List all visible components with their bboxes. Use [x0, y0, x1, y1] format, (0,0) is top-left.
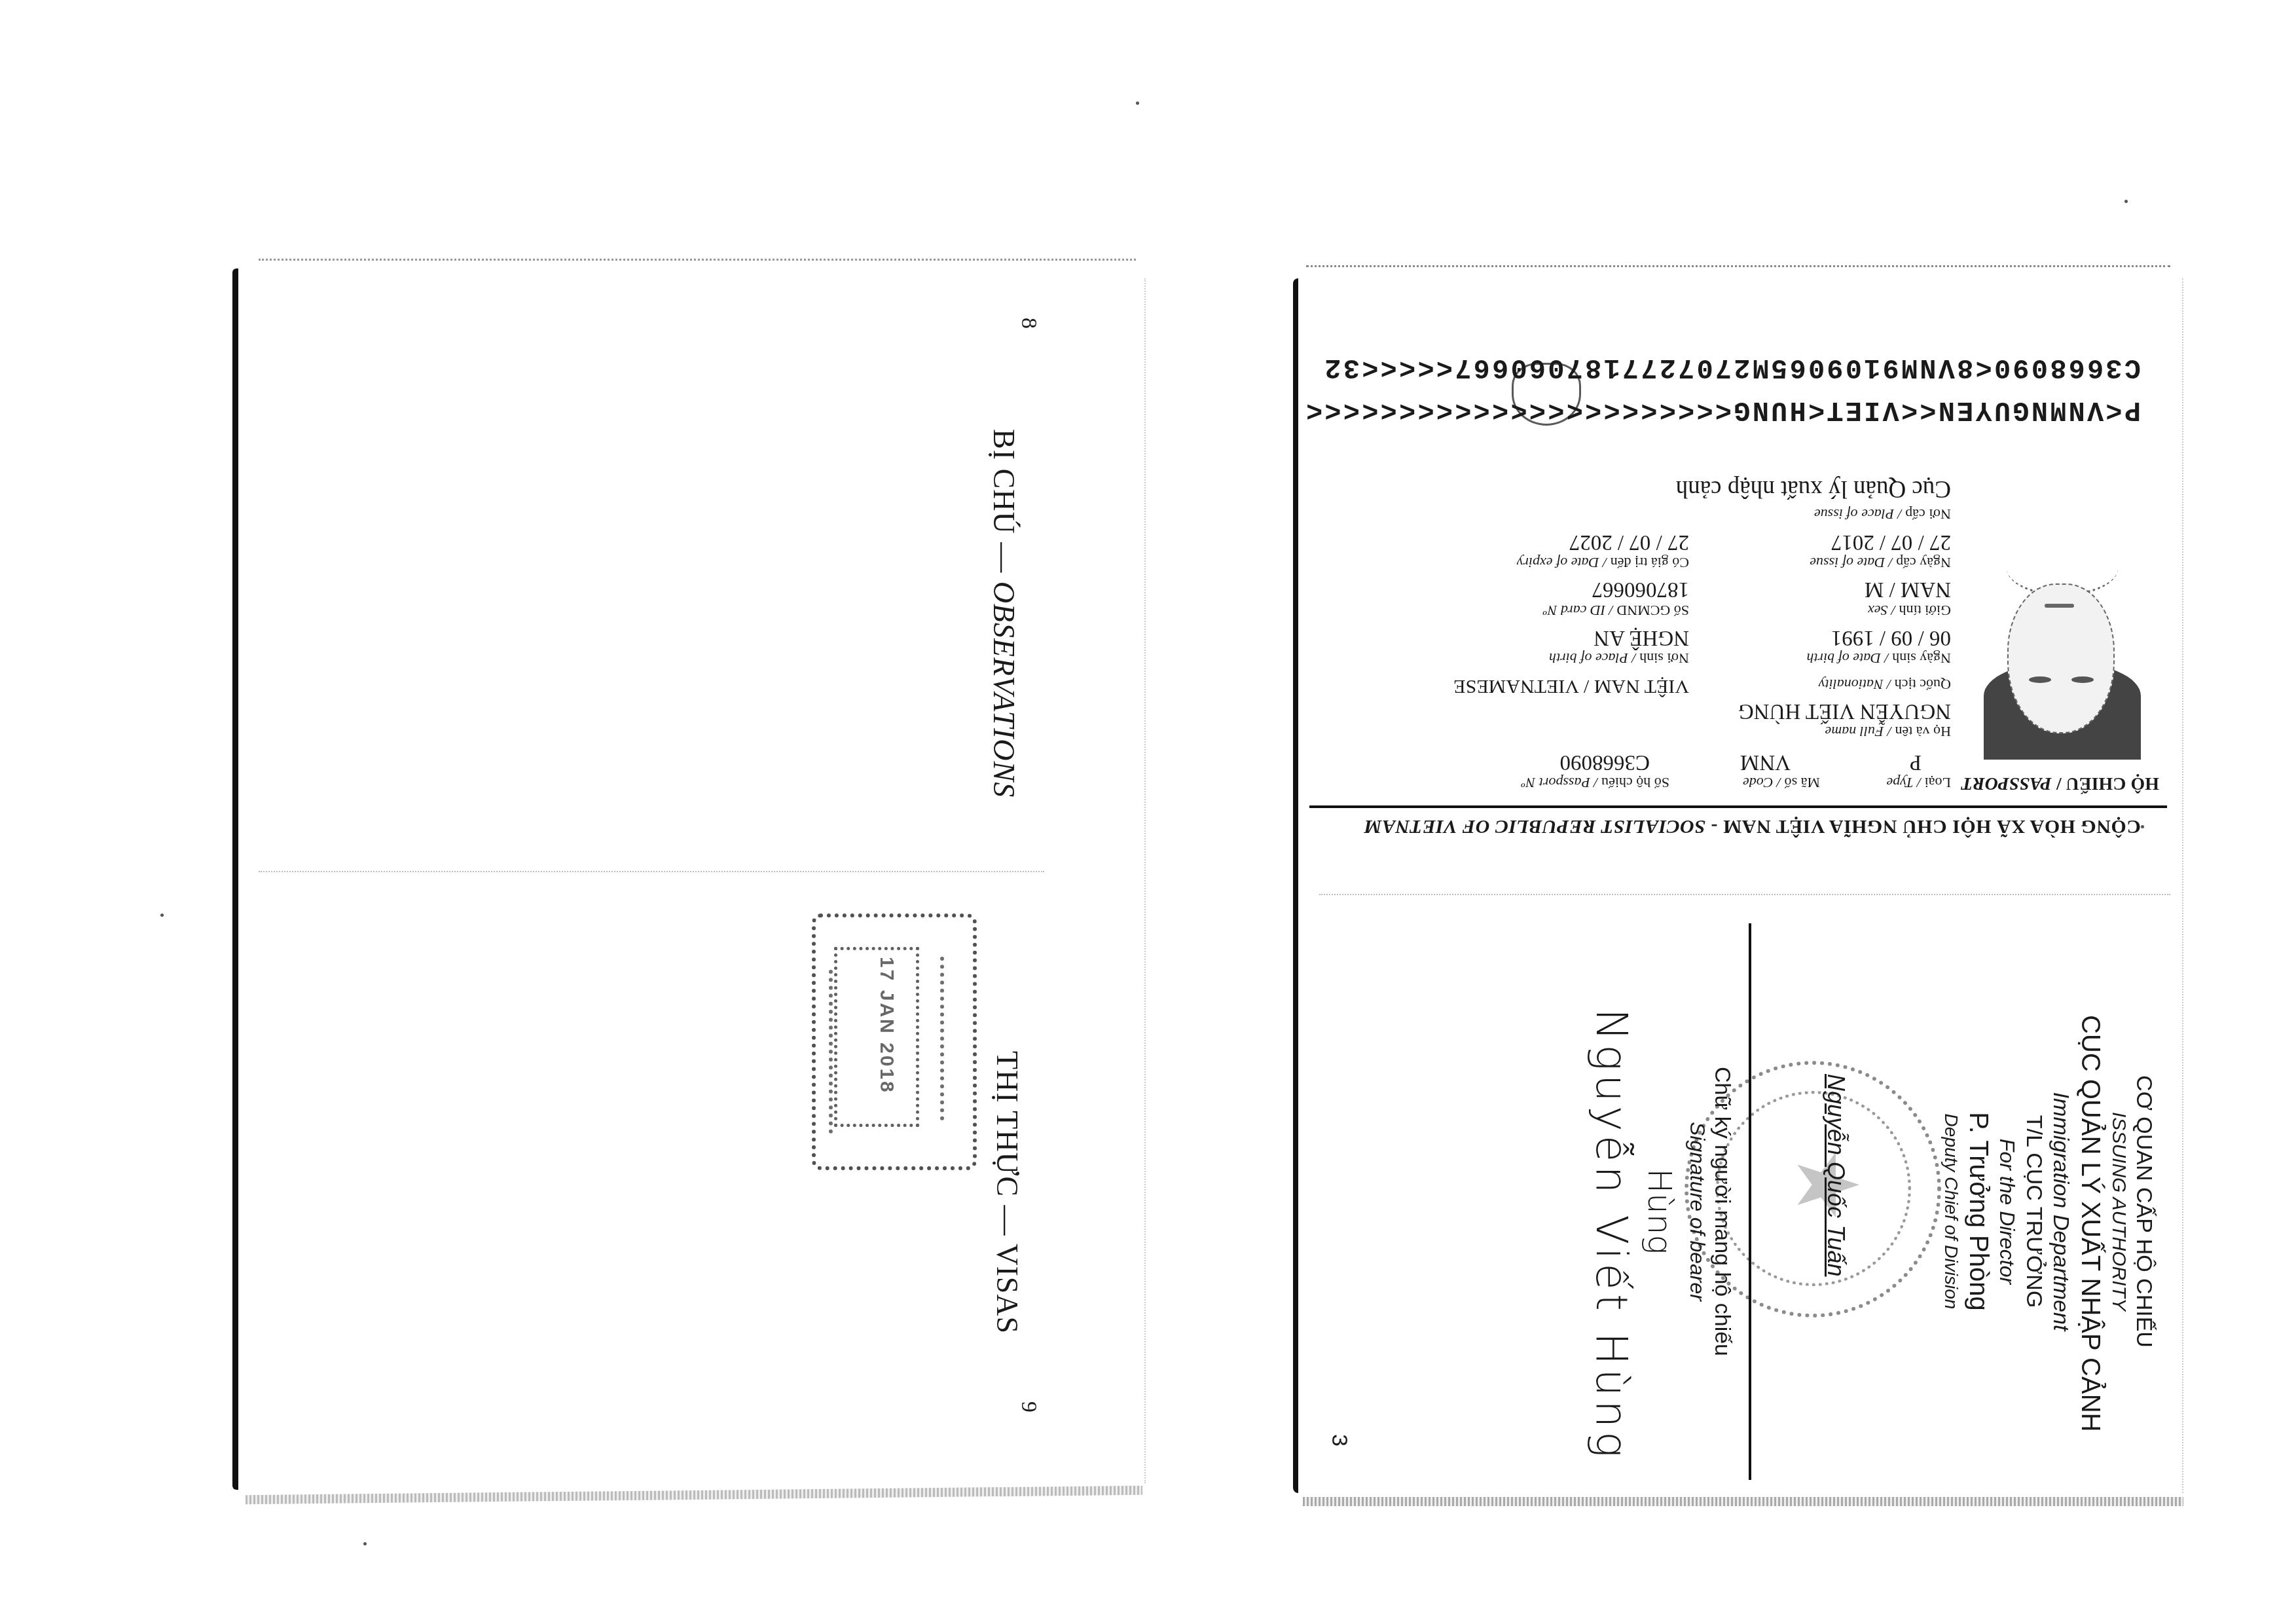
label-sex: Giới tính / Sex: [1868, 602, 1951, 619]
photo-eye: [2029, 676, 2051, 683]
scan-speck: [363, 1542, 367, 1545]
label-date-of-expiry: Có giá trị đến / Date of expiry: [1517, 554, 1689, 571]
visa-entry-stamp: 17 JAN 2018: [812, 913, 977, 1170]
stamp-dotted-column: [829, 970, 859, 1134]
page-top-edge: [259, 259, 1136, 263]
page-right-edge: [2181, 278, 2183, 1493]
label-type: Loại / Type: [1886, 774, 1951, 791]
mrz-line-1: P<VNMNGUYEN<<VIET<HUNG<<<<<<<<<<<<<<<<<<…: [1304, 394, 2141, 426]
visas-title: THỊ THỰC — VISAS: [990, 1051, 1025, 1334]
deputy-chief-en: Deputy Chief of Division: [1940, 1015, 1962, 1408]
label-full-name: Họ và tên / Full name: [1825, 723, 1951, 740]
title-dash: —: [991, 1206, 1024, 1236]
passport-data-page: CỘNG HÒA XÃ HỘI CHỦ NGHĨA VIỆT NAM - SOC…: [1309, 295, 2167, 845]
bearer-signature-full: Nguyễn Viết Hùng: [1586, 1008, 1637, 1414]
for-director-vn: T/L CỤC TRƯỞNG: [2020, 1015, 2047, 1408]
observations-title: BỊ CHÚ — OBSERVATIONS: [987, 429, 1021, 798]
department-vn: CỤC QUẢN LÝ XUẤT NHẬP CẢNH: [2074, 1015, 2106, 1408]
label-place-of-birth: Nơi sinh / Place of birth: [1549, 650, 1689, 667]
photo-eye: [2071, 676, 2094, 683]
stamp-dotted-column: [940, 957, 970, 1120]
bearer-signature-short: Hùng: [1641, 1008, 1679, 1414]
label-nationality: Quốc tịch / Nationality: [1819, 676, 1951, 693]
mrz-line-2: C3668090<8VNM9109065M2707277187060667<<<…: [1322, 352, 2141, 383]
value-sex: NAM / M: [1865, 577, 1951, 601]
left-passport-spread: 8 BỊ CHÚ — OBSERVATIONS THỊ THỰC — VISAS…: [232, 259, 1146, 1500]
visas-title-en: VISAS: [991, 1244, 1024, 1334]
bearer-signature-label-en: Signature of bearer: [1685, 1008, 1709, 1414]
stamp-date-text: 17 JAN 2018: [875, 957, 898, 1094]
spine-edge: [1293, 278, 1298, 1493]
page-right-edge: [1143, 278, 1146, 1483]
value-date-of-issue: 27 / 07 / 2017: [1831, 530, 1951, 554]
label-date-of-birth: Ngày sinh / Date of birth: [1806, 650, 1951, 667]
spine-edge: [232, 268, 238, 1490]
photo-face: [2007, 583, 2115, 733]
issuing-authority-page: CƠ QUAN CẤP HỘ CHIẾU ISSUING AUTHORITY C…: [1319, 923, 2170, 1480]
page-fold-line: [259, 871, 1044, 874]
scan-speck: [160, 913, 164, 917]
page-number-9: 9: [1016, 1401, 1041, 1412]
country-header-vn: CỘNG HÒA XÃ HỘI CHỦ NGHĨA VIỆT NAM: [1723, 816, 2141, 838]
value-place-of-birth: NGHỆ AN: [1594, 625, 1689, 650]
page-divider: [1749, 923, 1751, 1480]
page-bottom-edge: [1303, 1497, 2183, 1506]
country-header-en: SOCIALIST REPUBLIC OF VIETNAM: [1364, 816, 1705, 838]
value-place-of-issue: Cục Quản lý xuất nhập cảnh: [1676, 475, 1951, 503]
bearer-signature-label-vn: Chữ ký người mang hộ chiếu: [1709, 1008, 1735, 1414]
label-place-of-issue: Nơi cấp / Place of issue: [1814, 506, 1951, 523]
value-id-card-no: 187060667: [1592, 577, 1690, 601]
holder-photo: [1980, 544, 2144, 760]
title-dash: —: [987, 542, 1021, 573]
issuing-authority-block: CƠ QUAN CẤP HỘ CHIẾU ISSUING AUTHORITY C…: [1940, 1015, 2157, 1408]
value-date-of-expiry: 27 / 07 / 2027: [1569, 530, 1689, 554]
for-director-en: For the Director: [1994, 1015, 2020, 1408]
page-fold-line: [1319, 894, 2170, 896]
visas-title-vn: THỊ THỰC: [991, 1051, 1024, 1197]
deputy-chief-vn: P. Trưởng Phòng: [1962, 1015, 1994, 1408]
observations-title-en: OBSERVATIONS: [987, 581, 1021, 798]
label-passport-no: Số hộ chiếu / Passport Nº: [1522, 774, 1669, 791]
page-number-3: 3: [1326, 1434, 1352, 1447]
value-full-name: NGUYỄN VIẾT HÙNG: [1738, 699, 1951, 723]
photo-mouth: [2045, 604, 2074, 608]
label-id-card-no: Số GCMND / ID card Nº: [1543, 602, 1689, 619]
value-code: VNM: [1740, 750, 1791, 774]
scan-speck: [2124, 200, 2128, 203]
country-header: CỘNG HÒA XÃ HỘI CHỦ NGHĨA VIỆT NAM - SOC…: [1309, 805, 2167, 845]
bearer-signature-block: Chữ ký người mang hộ chiếu Signature of …: [1586, 1008, 1735, 1414]
value-date-of-birth: 06 / 09 / 1991: [1831, 625, 1951, 650]
page-top-edge: [1306, 265, 2170, 269]
right-passport-spread: CỘNG HÒA XÃ HỘI CHỦ NGHĨA VIỆT NAM - SOC…: [1293, 265, 2183, 1506]
page-bottom-edge: [246, 1486, 1142, 1504]
label-date-of-issue: Ngày cấp / Date of issue: [1810, 554, 1951, 571]
authority-title-vn: CƠ QUAN CẤP HỘ CHIẾU: [2130, 1015, 2157, 1408]
value-type: P: [1910, 750, 1922, 774]
value-passport-no: C3668090: [1559, 750, 1650, 774]
authority-signer-name: Nguyễn Quốc Tuấn: [1822, 1074, 1850, 1277]
observations-title-vn: BỊ CHÚ: [987, 429, 1021, 534]
value-nationality: VIỆT NAM / VIETNAMESE: [1453, 675, 1689, 697]
scan-speck: [2141, 825, 2144, 828]
passport-doc-title: HỘ CHIẾU / PASSPORT: [1961, 773, 2159, 794]
label-code: Mã số / Code: [1743, 774, 1820, 791]
authority-title-en: ISSUING AUTHORITY: [2106, 1015, 2130, 1408]
page-number-8: 8: [1016, 318, 1041, 329]
department-en: Immigration Department: [2047, 1015, 2074, 1408]
scan-speck: [1136, 101, 1139, 105]
